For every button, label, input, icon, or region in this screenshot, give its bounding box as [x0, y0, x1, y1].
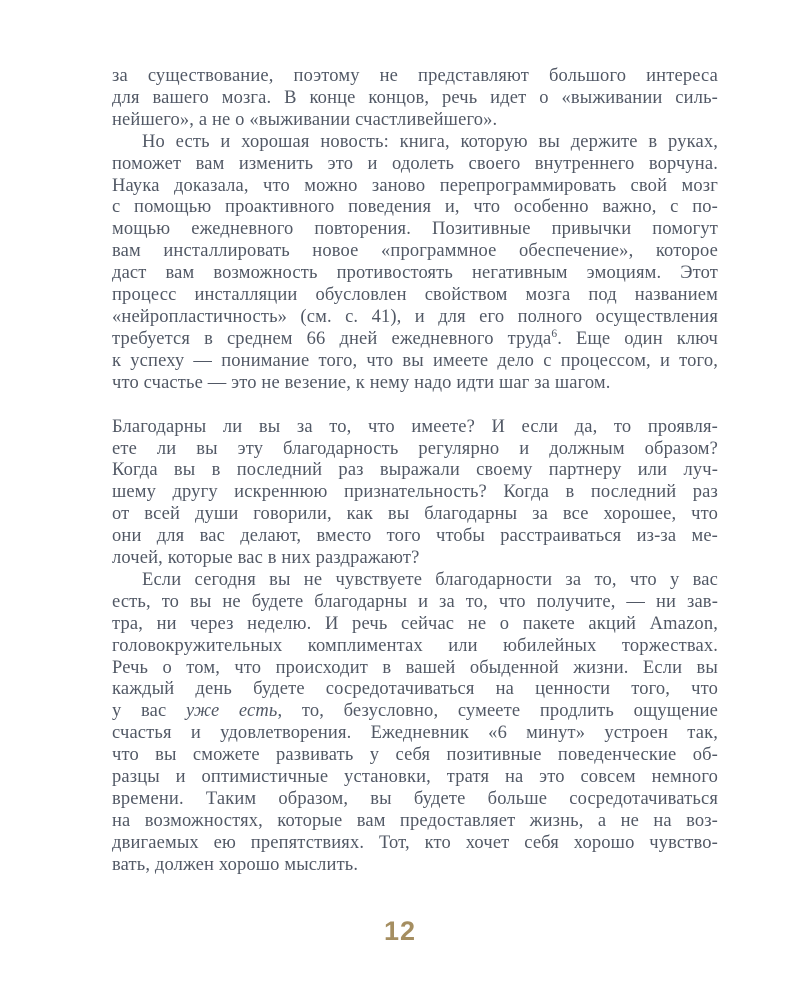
text-line: ете ли вы эту благодарность регулярно и … [112, 439, 718, 461]
text-line: от всей души говорили, как вы благодарны… [112, 504, 718, 526]
text-line: двигаемых ею препятствиях. Тот, кто хоче… [112, 833, 718, 855]
text-line: времени. Таким образом, вы будете больше… [112, 789, 718, 811]
text-line: вать, должен хорошо мыслить. [112, 855, 718, 877]
text-line: счастья и удовлетворения. Ежедневник «6 … [112, 723, 718, 745]
paragraph: за существование, поэтому не представляю… [112, 66, 718, 132]
text-line: Когда вы в последний раз выражали своему… [112, 460, 718, 482]
text-line: головокружительных комплиментах или юбил… [112, 636, 718, 658]
text-line: шему другу искреннюю признательность? Ко… [112, 482, 718, 504]
text-line: Речь о том, что происходит в вашей обыде… [112, 658, 718, 680]
text-line: тра, ни через неделю. И речь сейчас не о… [112, 614, 718, 636]
text-line: есть, то вы не будете благодарны и за то… [112, 592, 718, 614]
text-line: «нейропластичность» (см. с. 41), и для е… [112, 307, 718, 329]
text-line: что счастье — это не везение, к нему над… [112, 373, 718, 395]
paragraph: Если сегодня вы не чувствуете благодарно… [112, 570, 718, 877]
text-line: для вашего мозга. В конце концов, речь и… [112, 88, 718, 110]
text-line: с помощью проактивного поведения и, что … [112, 197, 718, 219]
text-line: у вас уже есть, то, безусловно, сумеете … [112, 701, 718, 723]
paragraph: Но есть и хорошая новость: книга, котору… [112, 132, 718, 395]
paragraph: Благодарны ли вы за то, что имеете? И ес… [112, 417, 718, 570]
page-number: 12 [0, 916, 800, 947]
text-line: каждый день будете сосредотачиваться на … [112, 679, 718, 701]
text-line: на возможностях, которые вам предоставля… [112, 811, 718, 833]
book-page: за существование, поэтому не представляю… [0, 0, 800, 1000]
text-line: процесс инсталляции обусловлен свойством… [112, 285, 718, 307]
text-line: вам инсталлировать новое «программное об… [112, 241, 718, 263]
text-line: требуется в среднем 66 дней ежедневного … [112, 329, 718, 351]
text-line: нейшего», а не о «выживании счастливейше… [112, 110, 718, 132]
text-line: даст вам возможность противостоять негат… [112, 263, 718, 285]
text-line: лочей, которые вас в них раздражают? [112, 548, 718, 570]
text-line: Благодарны ли вы за то, что имеете? И ес… [112, 417, 718, 439]
text-line: они для вас делают, вместо того чтобы ра… [112, 526, 718, 548]
text-line: Если сегодня вы не чувствуете благодарно… [112, 570, 718, 592]
text-line: за существование, поэтому не представляю… [112, 66, 718, 88]
text-line: что вы сможете развивать у себя позитивн… [112, 745, 718, 767]
text-line: Но есть и хорошая новость: книга, котору… [112, 132, 718, 154]
text-line: к успеху — понимание того, что вы имеете… [112, 351, 718, 373]
text-line: Наука доказала, что можно заново перепро… [112, 176, 718, 198]
text-line: разцы и оптимистичные установки, тратя н… [112, 767, 718, 789]
text-line: мощью ежедневного повторения. Позитивные… [112, 219, 718, 241]
body-text: за существование, поэтому не представляю… [112, 66, 718, 877]
text-line: поможет вам изменить это и одолеть своег… [112, 154, 718, 176]
